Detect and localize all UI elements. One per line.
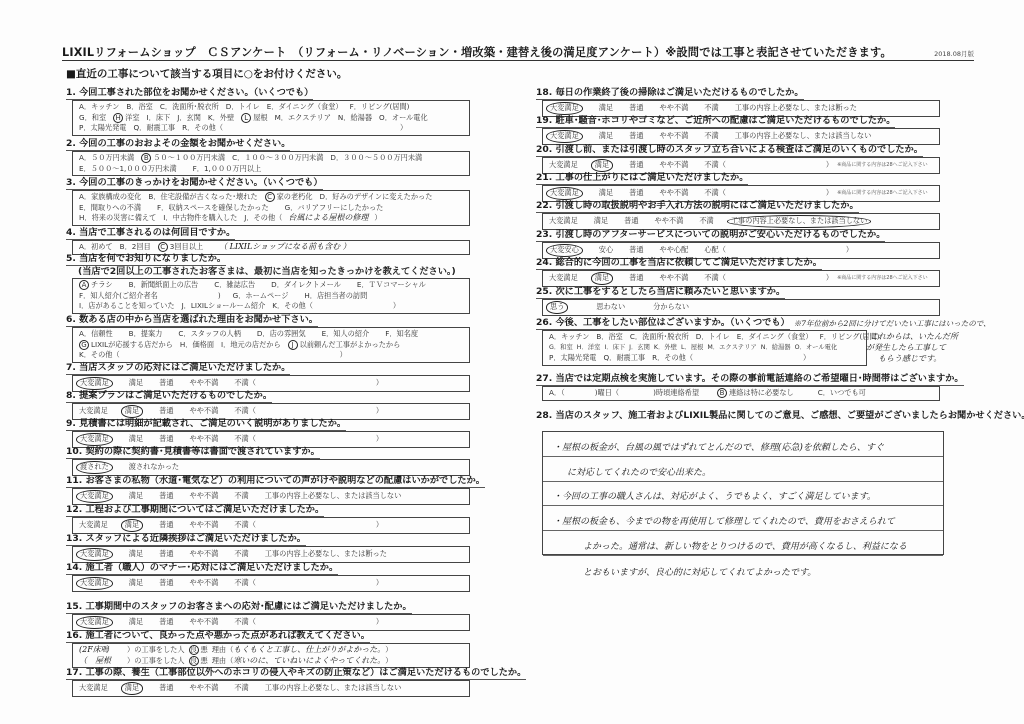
option[interactable]: A．（ <box>549 388 565 399</box>
time-field[interactable]: )時頃連絡希望 <box>653 388 699 399</box>
option[interactable]: C．いつでも可 <box>818 388 866 399</box>
answer-box: A．キッチン B．浴室 C．洗面所･脱衣所 D．トイレ E．ダイニング（食堂） … <box>542 330 867 366</box>
survey-sheet: LIXILリフォームショップ ＣＳアンケート （リフォーム・リノベーション・増改… <box>0 0 1024 724</box>
option[interactable]: I．床下 <box>147 113 171 124</box>
handwritten-reason[interactable]: もくもくと工事し、仕上がりがよかった。 <box>233 645 385 656</box>
title-bar: LIXILリフォームショップ ＣＳアンケート （リフォーム・リノベーション・増改… <box>62 44 974 61</box>
option[interactable]: H．洋室 <box>577 343 601 354</box>
option[interactable]: やや不満 <box>190 683 219 694</box>
answer-box: A．（ )曜日（ )時頃連絡希望 B 連絡は特に必要なし C．いつでも可 <box>542 386 940 401</box>
handwritten-note: ※7年位前から2回に分けてだいたい工事にはいったので、 <box>794 318 991 329</box>
option[interactable]: M．エクステリア <box>707 343 756 354</box>
option[interactable]: E．間取りへの不満 <box>79 203 141 214</box>
option-selected[interactable]: チラシ <box>91 280 113 291</box>
option[interactable]: D．トイレ <box>696 332 730 343</box>
question-title: 1. 今回工事された部位をお聞かせください。（いくつでも） <box>66 87 313 100</box>
option[interactable]: A．キッチン <box>79 102 119 113</box>
option-selected[interactable]: 家の老朽化 <box>277 192 313 203</box>
paren-close: ） <box>376 578 383 589</box>
option[interactable]: G．和室 <box>549 343 573 354</box>
question-title: 11. お客さまの私物（水道･電気など）の利用についての声がけや説明などの配慮は… <box>66 475 485 488</box>
question-title: 14. 施工者（職人）のマナー･応対にはご満足いただけましたか。 <box>66 562 338 575</box>
option[interactable]: E．ダイニング（食堂） <box>267 102 343 113</box>
question-title: 21. 工事の仕上がりにはご満足いただけましたか。 <box>536 172 748 185</box>
question-title: 13. スタッフによる近隣挨拶はご満足いただけましたか。 <box>66 533 306 546</box>
answer-box: 大変満足 満足 普通 やや不満 不満（ ） <box>72 575 470 592</box>
option-selected[interactable]: 洋室 <box>125 113 139 124</box>
option[interactable]: A．家族構成の変化 <box>79 192 141 203</box>
option[interactable]: G．ホームページ <box>233 291 289 302</box>
option-other[interactable]: R．その他（ <box>652 353 693 364</box>
comment-line: に対応してくれたので安心出来た。 <box>543 457 943 482</box>
paren-close: ） <box>385 645 392 656</box>
bad-option[interactable]: 悪 <box>201 645 208 656</box>
option[interactable]: E．ＴＶコマーシャル <box>357 280 426 291</box>
selected-mark[interactable]: A <box>79 280 89 290</box>
handwritten-side-note: これからは、いたんだ所 <box>870 331 958 342</box>
option[interactable]: D．好みのデザインに変えたかった <box>320 192 433 203</box>
option-selected[interactable]: LIXILが応援する店だから <box>91 340 173 351</box>
option[interactable]: D．３００～５００万円未満 <box>330 153 422 164</box>
comment-line: よかった。通常は、新しい物をとりつけるので、費用が高くなるし、利益になる <box>543 531 943 556</box>
section-heading: ■直近の工事について該当する項目に○をお付けください。 <box>66 66 347 81</box>
option-selected[interactable]: 連絡は特に必要なし <box>729 388 794 399</box>
option[interactable]: H．価格面 <box>180 340 214 351</box>
option[interactable]: G．バリアフリーにしたかった <box>285 203 384 214</box>
version-label: 2018.08月版 <box>934 49 974 60</box>
option[interactable]: F．知人紹介(ご紹介者名 <box>79 291 158 302</box>
selected-mark[interactable]: C <box>265 192 275 202</box>
option[interactable]: C．洗面所･脱衣所 <box>160 102 219 113</box>
option[interactable]: 思わない <box>596 302 625 313</box>
question-17: 17. 工事の際、養生（工事部位以外へのホコリの侵入やキズの防止策など）はご満足… <box>66 660 526 697</box>
option[interactable]: N．給湯器 <box>338 113 372 124</box>
selected-mark[interactable]: J <box>288 340 298 350</box>
label: ）の工事をした人 <box>127 645 185 656</box>
question-title: 23. 引渡し時のアフターサービスについての説明がご安心いただけるものでしたか。 <box>536 229 885 242</box>
question-title: 18. 毎日の作業終了後の掃除はご満足いただけるものでしたか。 <box>536 87 804 100</box>
question-title: 25. 次に工事をするとしたら当店に頼みたいと思いますか。 <box>536 286 785 299</box>
option[interactable]: 大変満足 <box>79 683 108 694</box>
option[interactable]: B．提案力 <box>129 329 163 340</box>
option[interactable]: I．地元の店だから <box>221 340 281 351</box>
option-selected[interactable]: 以前頼んだ工事がよかったから <box>300 340 401 351</box>
option[interactable]: I．床下 <box>604 343 625 354</box>
option[interactable]: 工事の内容上必要なし、または該当しない <box>265 683 402 694</box>
option[interactable]: D．ダイレクトメール <box>271 280 341 291</box>
option[interactable]: J．玄関 <box>177 113 201 124</box>
option[interactable]: B．住宅設備が古くなった･壊れた <box>148 192 257 203</box>
option[interactable]: F．収納スペースを確保したかった <box>157 203 269 214</box>
question-1: 1. 今回工事された部位をお聞かせください。（いくつでも） A．キッチン B．浴… <box>66 80 470 136</box>
option[interactable]: J．玄関 <box>629 343 650 354</box>
question-title: 15. 工事期間中のスタッフのお客さまへの応対･配慮にはご満足いただけましたか。 <box>66 601 412 614</box>
selected-mark[interactable]: H <box>113 113 123 123</box>
handwritten-side-note: もらう感じです。 <box>878 353 941 364</box>
option-selected[interactable]: 思う <box>546 301 568 314</box>
question-title: 3. 今回の工事のきっかけをお聞かせください。（いくつでも） <box>66 177 323 190</box>
question-title: 9. 見積書には明細が記載され、ご満足のいく説明がありましたか。 <box>66 418 346 431</box>
question-5: 5. 当店を何でお知りになりましたか。 (当店で2回以上の工事されたお客さまは、… <box>66 246 470 314</box>
option[interactable]: 普通 <box>159 578 173 589</box>
option[interactable]: D．トイレ <box>226 102 260 113</box>
question-title: 2. 今回の工事のおおよその金額をお聞かせください。 <box>66 138 290 151</box>
option[interactable]: H．店担当者の訪問 <box>304 291 367 302</box>
question-title: 6. 数ある店の中から当店を選ばれた理由をお聞かせ下さい。 <box>66 314 318 327</box>
handwritten-side-note: が発生したら工事して <box>866 342 946 353</box>
option[interactable]: A．キッチン <box>549 332 589 343</box>
question-27: 27. 当店では定期点検を実施しています。その際の事前電話連絡のご希望曜日･時間… <box>536 366 964 401</box>
handwritten-part[interactable]: (2F床鳴 <box>79 645 127 656</box>
option[interactable]: やや不満 <box>190 578 219 589</box>
option[interactable]: A．信頼性 <box>79 329 113 340</box>
question-title: 16. 施工者について、良かった点や悪かった点があれば教えてください。 <box>66 630 370 643</box>
paren-close: ） <box>803 353 810 364</box>
weekday-field[interactable]: )曜日（ <box>595 388 619 399</box>
question-28: 28. 当店のスタッフ、施工者およびLIXIL製品に関してのご意見、ご感想、ご要… <box>536 403 1024 422</box>
question-title: 26. 今後、工事をしたい部位はございますか。（いくつでも） <box>536 317 790 330</box>
label: 理由（ <box>212 645 234 656</box>
option[interactable]: K．外壁 <box>654 343 677 354</box>
option[interactable]: F．リビング(居間) <box>350 102 410 113</box>
question-title: 20. 引渡し前、または引渡し時のスタッフ立ち合いによる検査はご満足のいくもので… <box>536 144 923 157</box>
option[interactable]: E．ダイニング（食堂） <box>737 332 813 343</box>
question-title: 17. 工事の際、養生（工事部位以外へのホコリの侵入やキズの防止策など）はご満足… <box>66 667 526 680</box>
option-selected[interactable]: 大変満足 <box>76 577 113 590</box>
question-title: 12. 工程および工事期間についてはご満足いただけましたか。 <box>66 504 324 517</box>
option[interactable]: C．スタッフの人柄 <box>178 329 241 340</box>
option[interactable]: B．新聞紙面上の広告 <box>129 280 199 291</box>
answer-box: 思う 思わない 分からない <box>542 299 940 316</box>
question-title: 8. 提案プランはご満足いただけるものでしたか。 <box>66 390 272 403</box>
question-title: 5. 当店を何でお知りになりましたか。 <box>66 253 226 266</box>
option-selected[interactable]: 満足 <box>121 682 143 695</box>
comment-line: ・屋根の板金も、今までの物を再使用して修理してくれたので、費用をおさえられて <box>543 506 943 531</box>
answer-box: 大変満足 満足 普通 やや不満 不満 工事の内容上必要なし、または該当しない <box>72 680 470 697</box>
question-14: 14. 施工者（職人）のマナー･応対にはご満足いただけましたか。 大変満足 満足… <box>66 555 470 592</box>
option[interactable]: D．店の雰囲気 <box>257 329 306 340</box>
option[interactable]: Q．耐震工事 <box>603 353 645 364</box>
question-title: 22. 引渡し時の取扱説明やお手入れ方法の説明にはご満足いただけましたか。 <box>536 200 859 213</box>
option[interactable]: N．給湯器 <box>761 343 791 354</box>
option[interactable]: B．浴室 <box>596 332 623 343</box>
comment-box[interactable]: ・屋根の板金が、台風の風ではずれてとんだので、修理(応急)を依頼したら、すぐ に… <box>542 431 944 555</box>
option[interactable]: G．和室 <box>79 113 106 124</box>
option[interactable]: M．エクステリア <box>275 113 331 124</box>
option[interactable]: O．オール電化 <box>379 113 428 124</box>
comment-line: ・今回の工事の職人さんは、対応がよく、うでもよく、すごく満足しています。 <box>543 482 943 507</box>
question-25: 25. 次に工事をするとしたら当店に頼みたいと思いますか。 思う 思わない 分か… <box>536 279 940 316</box>
option[interactable]: 分からない <box>653 302 689 313</box>
question-title: 28. 当店のスタッフ、施工者およびLIXIL製品に関してのご意見、ご感想、ご要… <box>536 410 1024 422</box>
question-title: 19. 駐車･騒音･ホコリやゴミなど、ご近所への配慮はご満足いただけるものでした… <box>536 115 895 128</box>
option[interactable]: 不満 <box>234 683 248 694</box>
option[interactable]: O．オール電化 <box>795 343 838 354</box>
option[interactable]: C．１００～３００万円未満 <box>232 153 323 164</box>
option[interactable]: 不満（ <box>234 578 256 589</box>
question-title: 10. 契約の際に契約書･見積書等は書面で渡されていますか。 <box>66 446 320 459</box>
question-subtitle: (当店で2回以上の工事されたお客さまは、最初に当店を知ったきっかけを教えてくださ… <box>78 266 470 278</box>
option[interactable]: B．浴室 <box>126 102 153 113</box>
option[interactable]: F．知名度 <box>385 329 418 340</box>
feedback-row: (2F床鳴 ）の工事をした人 良 悪 理由（ もくもくと工事し、仕上がりがよかっ… <box>79 645 463 656</box>
question-title: 7. 当店スタッフの応対にはご満足いただけましたか。 <box>66 362 290 375</box>
question-title: 27. 当店では定期点検を実施しています。その際の事前電話連絡のご希望曜日･時間… <box>536 373 964 386</box>
question-3: 3. 今回の工事のきっかけをお聞かせください。（いくつでも） A．家族構成の変化… <box>66 170 470 226</box>
selected-mark[interactable]: L <box>241 113 251 123</box>
paren-close: ) <box>218 291 221 302</box>
option[interactable]: C．洗面所･脱衣所 <box>630 332 689 343</box>
good-selected[interactable]: 良 <box>189 645 199 655</box>
survey-title: LIXILリフォームショップ ＣＳアンケート （リフォーム・リノベーション・増改… <box>62 44 892 60</box>
question-title: 24. 総合的に今回の工事を当店に依頼してご満足いただけましたか。 <box>536 257 822 270</box>
selected-mark[interactable]: B <box>717 388 727 398</box>
option[interactable]: 普通 <box>159 683 173 694</box>
option-selected[interactable]: ５０～１００万円未満 <box>153 153 225 164</box>
option[interactable]: P．太陽光発電 <box>549 353 596 364</box>
question-title: 4. 当店で工事されるのは何回目ですか。 <box>66 227 235 240</box>
option[interactable]: A．５０万円未満 <box>79 153 134 164</box>
option[interactable]: 満足 <box>129 578 143 589</box>
selected-mark[interactable]: B <box>141 153 151 163</box>
option[interactable]: E．知人の紹介 <box>322 329 370 340</box>
option-selected[interactable]: 屋根 <box>253 113 267 124</box>
comment-line: とおもいますが、良心的に対応してくれてよかったです。 <box>543 556 943 581</box>
option[interactable]: L．屋根 <box>681 343 703 354</box>
option[interactable]: K．外壁 <box>208 113 234 124</box>
selected-mark[interactable]: G <box>79 340 89 350</box>
option[interactable]: C．雑誌広告 <box>214 280 255 291</box>
comment-line: ・屋根の板金が、台風の風ではずれてとんだので、修理(応急)を依頼したら、すぐ <box>543 432 943 457</box>
